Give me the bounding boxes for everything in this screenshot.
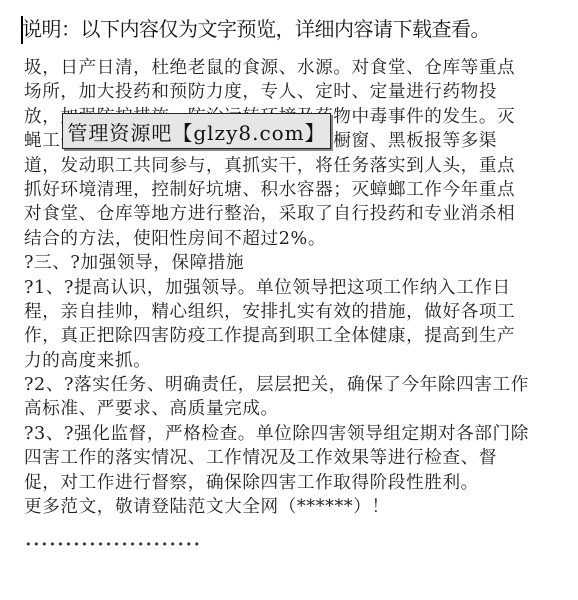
text-line: 作，真正把除四害防疫工作提高到职工全体健康，提高到生产 bbox=[24, 324, 554, 348]
text-line: 抓好环境清理，控制好坑塘、积水容器；灭蟑螂工作今年重点 bbox=[24, 178, 554, 202]
text-line: 力的高度来抓。 bbox=[24, 349, 554, 373]
text-line: ?2、?落实任务、明确责任，层层把关，确保了今年除四害工作 bbox=[24, 373, 554, 397]
watermark-banner: 管理资源吧【glzy8.com】 bbox=[62, 113, 331, 149]
preview-notice: 说明：以下内容仅为文字预览，详细内容请下载查看。 bbox=[22, 14, 490, 44]
text-line: 结合的方法，使阳性房间不超过2%。 bbox=[24, 227, 554, 251]
text-line: 四害工作的落实情况、工作情况及工作效果等进行检查、督 bbox=[24, 446, 554, 470]
text-line: ?3、?强化监督，严格检查。单位除四害领导组定期对各部门除 bbox=[24, 422, 554, 446]
dotted-separator: •••••••••••••••••••••• bbox=[25, 538, 202, 551]
text-line: 高标准、严要求、高质量完成。 bbox=[24, 397, 554, 421]
text-line: 对食堂、仓库等地方进行整治，采取了自行投药和专业消杀相 bbox=[24, 202, 554, 226]
text-line: ?1、?提高认识，加强领导。单位领导把这项工作纳入工作日 bbox=[24, 276, 554, 300]
text-line: 程，亲自挂帅，精心组织，安排扎实有效的措施，做好各项工 bbox=[24, 300, 554, 324]
text-line: 道，发动职工共同参与，真抓实干，将任务落实到人头，重点 bbox=[24, 154, 554, 178]
text-line: 场所，加大投药和预防力度，专人、定时、定量进行药物投 bbox=[24, 80, 554, 104]
text-line: 圾，日产日清，杜绝老鼠的食源、水源。对食堂、仓库等重点 bbox=[24, 56, 554, 80]
section-heading: ?三、?加强领导，保障措施 bbox=[24, 251, 554, 275]
text-line: 促，对工作进行督察，确保除四害工作取得阶段性胜利。 bbox=[24, 471, 554, 495]
footer-link-text: 更多范文，敬请登陆范文大全网（******）！ bbox=[24, 495, 554, 519]
